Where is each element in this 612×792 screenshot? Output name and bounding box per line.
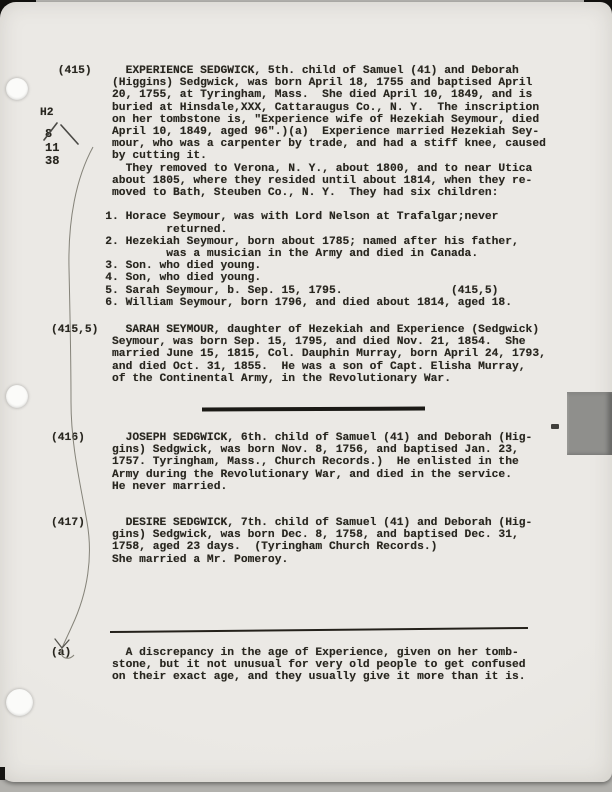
scanned-page: H2 81138 (415) EXPERIENCE SEDGWICK, 5th.…	[0, 0, 612, 792]
typed-line: of the Continental Army, in the Revoluti…	[51, 373, 546, 385]
typed-line: by cutting it.	[51, 150, 546, 162]
typed-line: mour, who was a carpenter by trade, and …	[51, 138, 546, 150]
typed-line: stone, but it not unusual for very old p…	[51, 659, 526, 671]
typed-line: was a musician in the Army and died in C…	[51, 248, 546, 260]
typed-line: returned.	[51, 224, 546, 236]
typed-line: and died Oct. 31, 1855. He was a son of …	[51, 361, 546, 373]
typed-line: on her tombstone is, "Experience wife of…	[51, 114, 546, 126]
typed-line: (415) EXPERIENCE SEDGWICK, 5th. child of…	[51, 65, 546, 77]
typed-line: 5. Sarah Seymour, b. Sep. 15, 1795. (415…	[51, 285, 546, 297]
typed-line: (415,5) SARAH SEYMOUR, daughter of Hezek…	[51, 324, 546, 336]
typed-line: Seymour, was born Sep. 15, 1795, and die…	[51, 336, 546, 348]
typed-line: about 1805, where they resided until abo…	[51, 175, 546, 187]
typed-line: Army during the Revolutionary War, and d…	[51, 469, 532, 481]
genealogy-entry-415: (415) EXPERIENCE SEDGWICK, 5th. child of…	[51, 65, 546, 309]
scan-mark-artifact	[551, 424, 559, 429]
typed-line: gins) Sedgwick, was born Nov. 8, 1756, a…	[51, 444, 532, 456]
typed-line	[51, 199, 546, 211]
typed-line: 2. Hezekiah Seymour, born about 1785; na…	[51, 236, 546, 248]
typed-line: He never married.	[51, 481, 532, 493]
typed-line: moved to Bath, Steuben Co., N. Y. They h…	[51, 187, 546, 199]
genealogy-entry-415-5: (415,5) SARAH SEYMOUR, daughter of Hezek…	[51, 324, 546, 385]
typed-line: gins) Sedgwick, was born Dec. 8, 1758, a…	[51, 529, 532, 541]
typed-line: 1. Horace Seymour, was with Lord Nelson …	[51, 211, 546, 223]
typed-line: 20, 1755, at Tyringham, Mass. She died A…	[51, 89, 546, 101]
typed-line: They removed to Verona, N. Y., about 180…	[51, 163, 546, 175]
typed-line: on their exact age, and they usually giv…	[51, 671, 526, 683]
typed-line: (416) JOSEPH SEDGWICK, 6th. child of Sam…	[51, 432, 532, 444]
typed-line: (Higgins) Sedgwick, was born April 18, 1…	[51, 77, 546, 89]
typed-line: 4. Son, who died young.	[51, 272, 546, 284]
genealogy-entry-416: (416) JOSEPH SEDGWICK, 6th. child of Sam…	[51, 432, 532, 493]
typed-line: She married a Mr. Pomeroy.	[51, 554, 532, 566]
typed-line: buried at Hinsdale,XXX, Cattaraugus Co.,…	[51, 102, 546, 114]
typed-line: married June 15, 1815, Col. Dauphin Murr…	[51, 348, 546, 360]
typed-line: (417) DESIRE SEDGWICK, 7th. child of Sam…	[51, 517, 532, 529]
punch-hole-middle	[6, 385, 28, 408]
typed-line: 6. William Seymour, born 1796, and died …	[51, 297, 546, 309]
footnote-a: (a) A discrepancy in the age of Experien…	[51, 647, 526, 684]
scan-edge-artifact	[0, 767, 5, 780]
typed-line: 3. Son. who died young.	[51, 260, 546, 272]
genealogy-entry-417: (417) DESIRE SEDGWICK, 7th. child of Sam…	[51, 517, 532, 566]
scan-tab-artifact	[567, 392, 612, 455]
punch-hole-bottom	[6, 689, 33, 716]
typed-line: (a) A discrepancy in the age of Experien…	[51, 647, 526, 659]
typed-line: April 10, 1849, aged 96".)(a) Experience…	[51, 126, 546, 138]
typed-line: 1758, aged 23 days. (Tyringham Church Re…	[51, 541, 532, 553]
punch-hole-top	[6, 78, 28, 100]
typed-line: 1757. Tyringham, Mass., Church Records.)…	[51, 456, 532, 468]
